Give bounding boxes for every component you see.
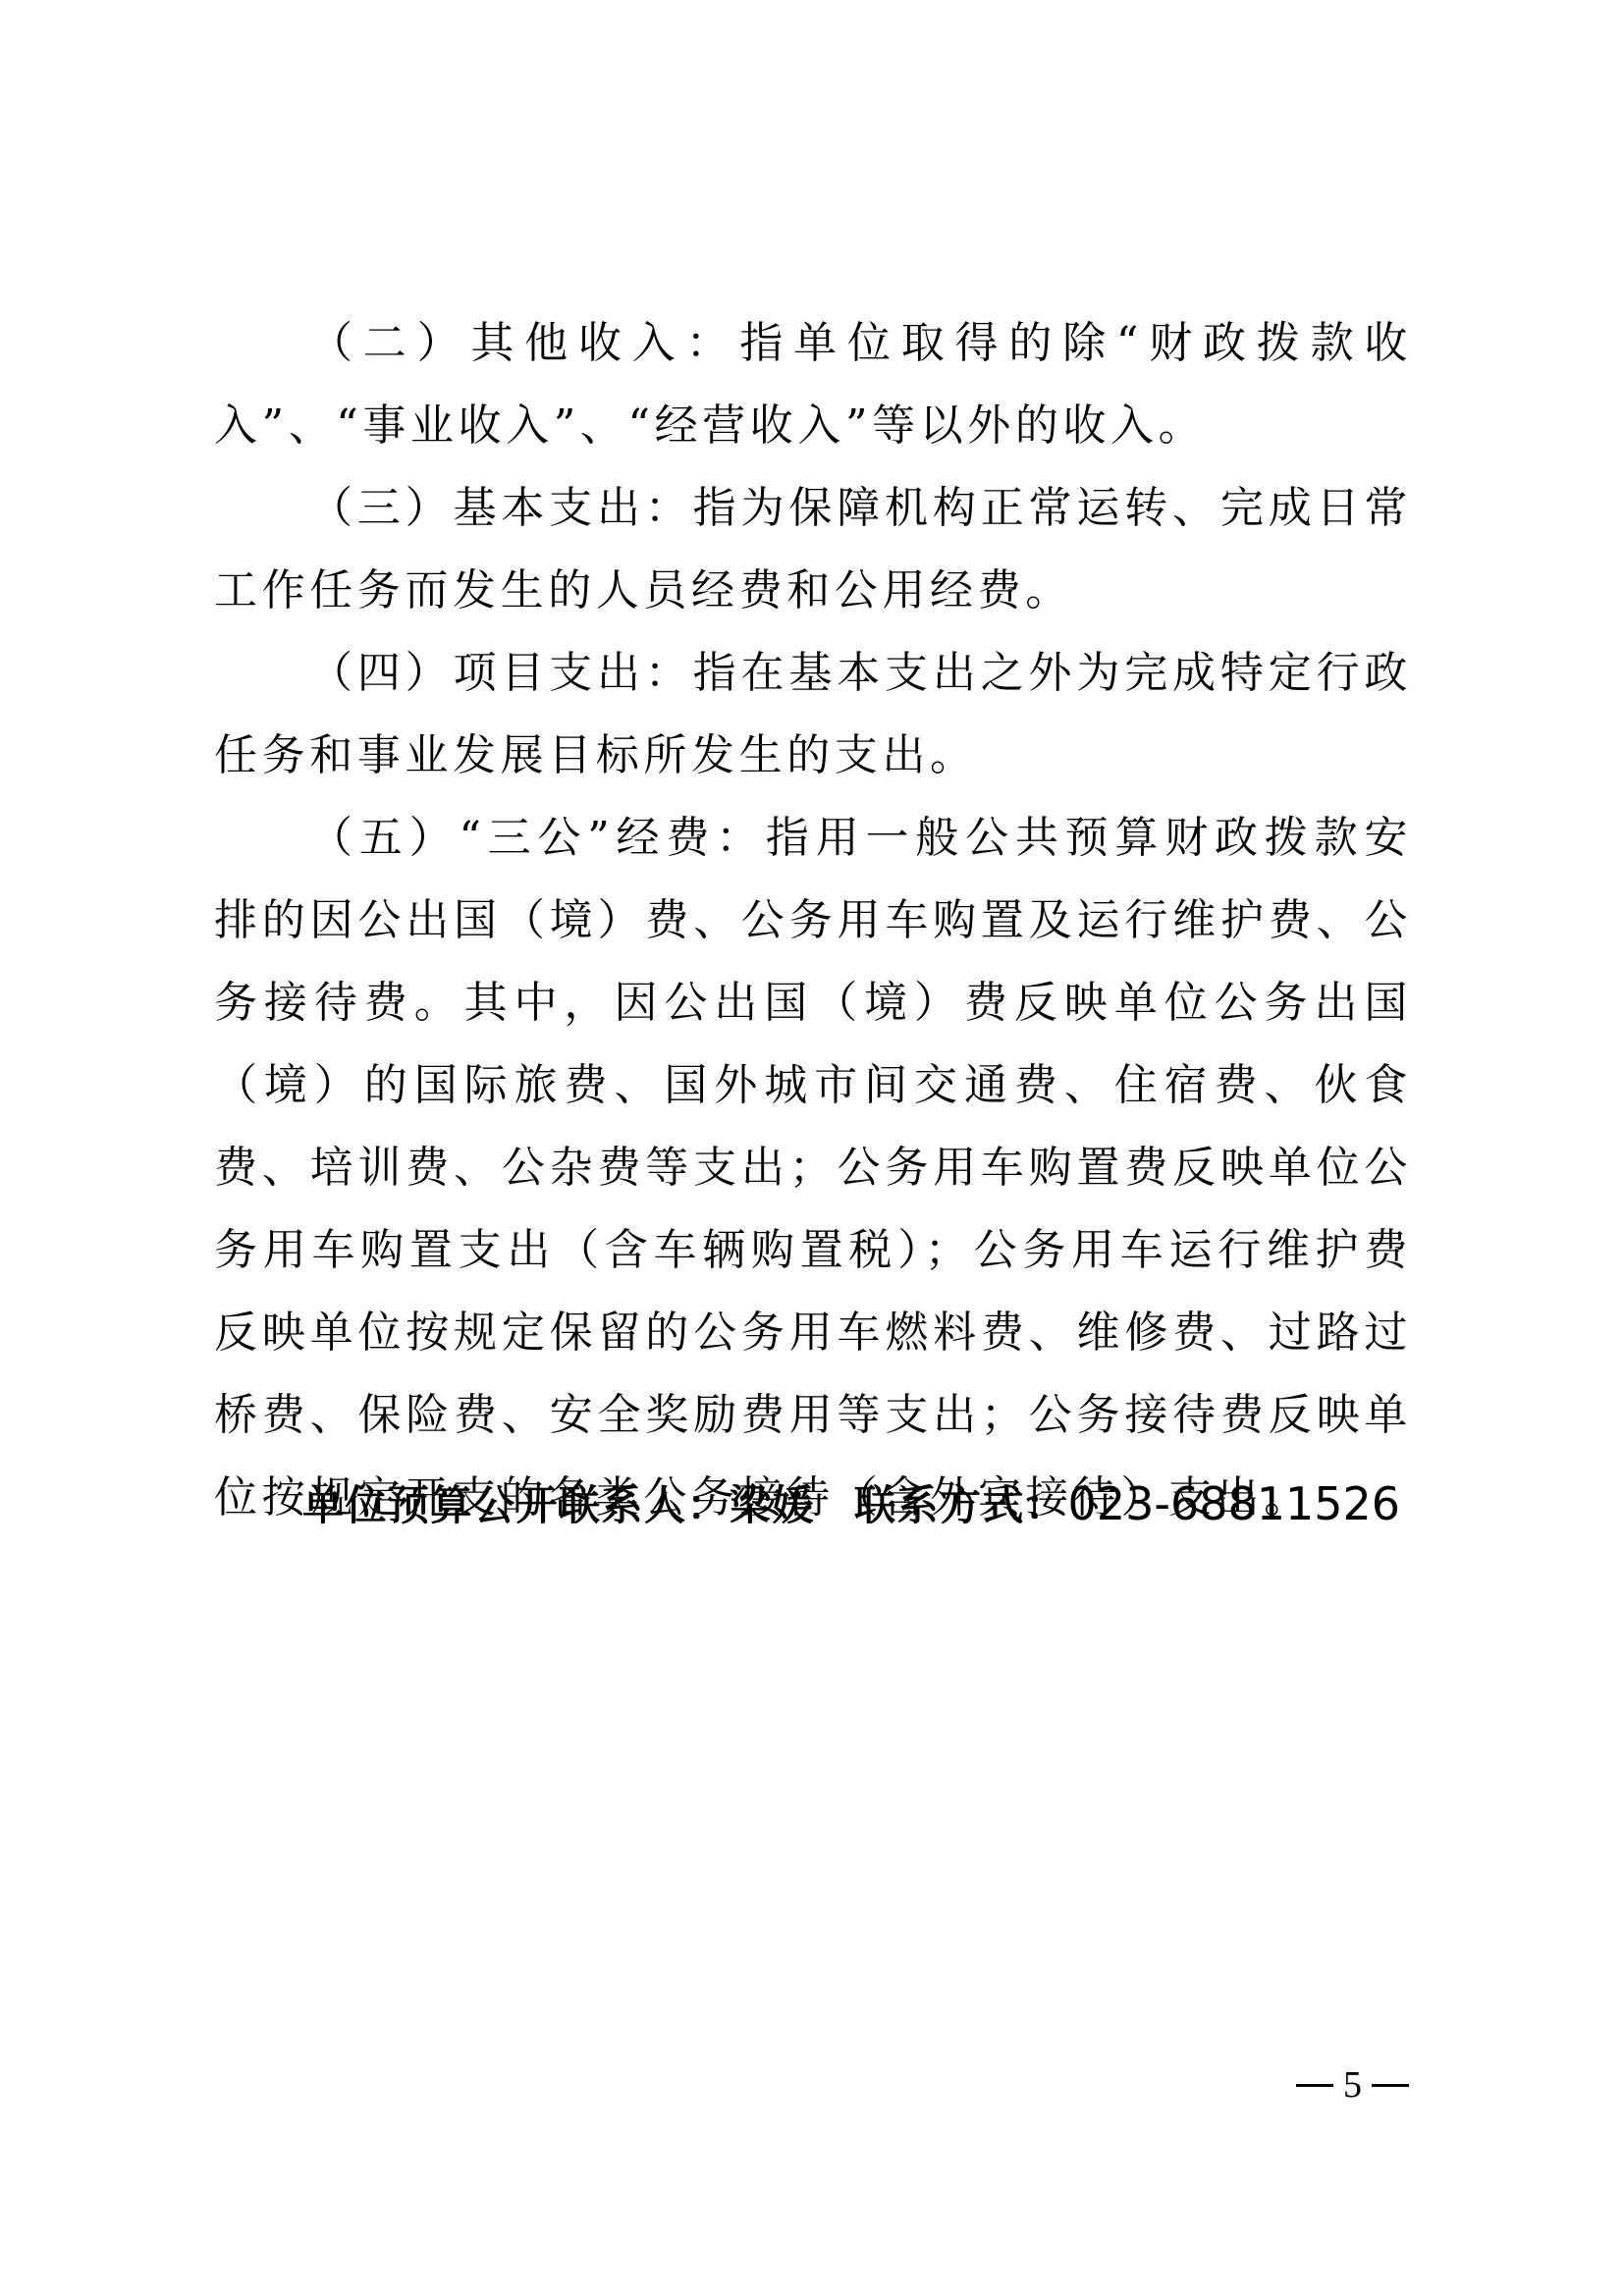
document-body: （二）其他收入：指单位取得的除“财政拨款收入”、“事业收入”、“经营收入”等以外… — [214, 302, 1412, 1539]
contact-person-name: 梁媛 — [730, 1481, 815, 1529]
page-number-footer: 5 — [1296, 2061, 1409, 2109]
paragraph-three-public-expenses: （五）“三公”经费：指用一般公共预算财政拨款安排的因公出国（境）费、公务用车购置… — [214, 797, 1412, 1539]
page-number: 5 — [1343, 2061, 1362, 2109]
paragraph-other-income: （二）其他收入：指单位取得的除“财政拨款收入”、“事业收入”、“经营收入”等以外… — [214, 302, 1412, 467]
paragraph-project-expenditure: （四）项目支出：指在基本支出之外为完成特定行政任务和事业发展目标所发生的支出。 — [214, 632, 1412, 797]
contact-method-label: 联系方式： — [854, 1481, 1068, 1529]
contact-person-label: 单位预算公开联系人： — [302, 1481, 730, 1529]
paragraph-basic-expenditure: （三）基本支出：指为保障机构正常运转、完成日常工作任务而发生的人员经费和公用经费… — [214, 467, 1412, 632]
contact-line: 单位预算公开联系人：梁媛联系方式：023-68811526 — [302, 1463, 1422, 1547]
document-page: （二）其他收入：指单位取得的除“财政拨款收入”、“事业收入”、“经营收入”等以外… — [0, 0, 1624, 2296]
dash-right-icon — [1372, 2084, 1409, 2087]
contact-phone: 023-68811526 — [1068, 1477, 1401, 1530]
dash-left-icon — [1296, 2084, 1333, 2087]
